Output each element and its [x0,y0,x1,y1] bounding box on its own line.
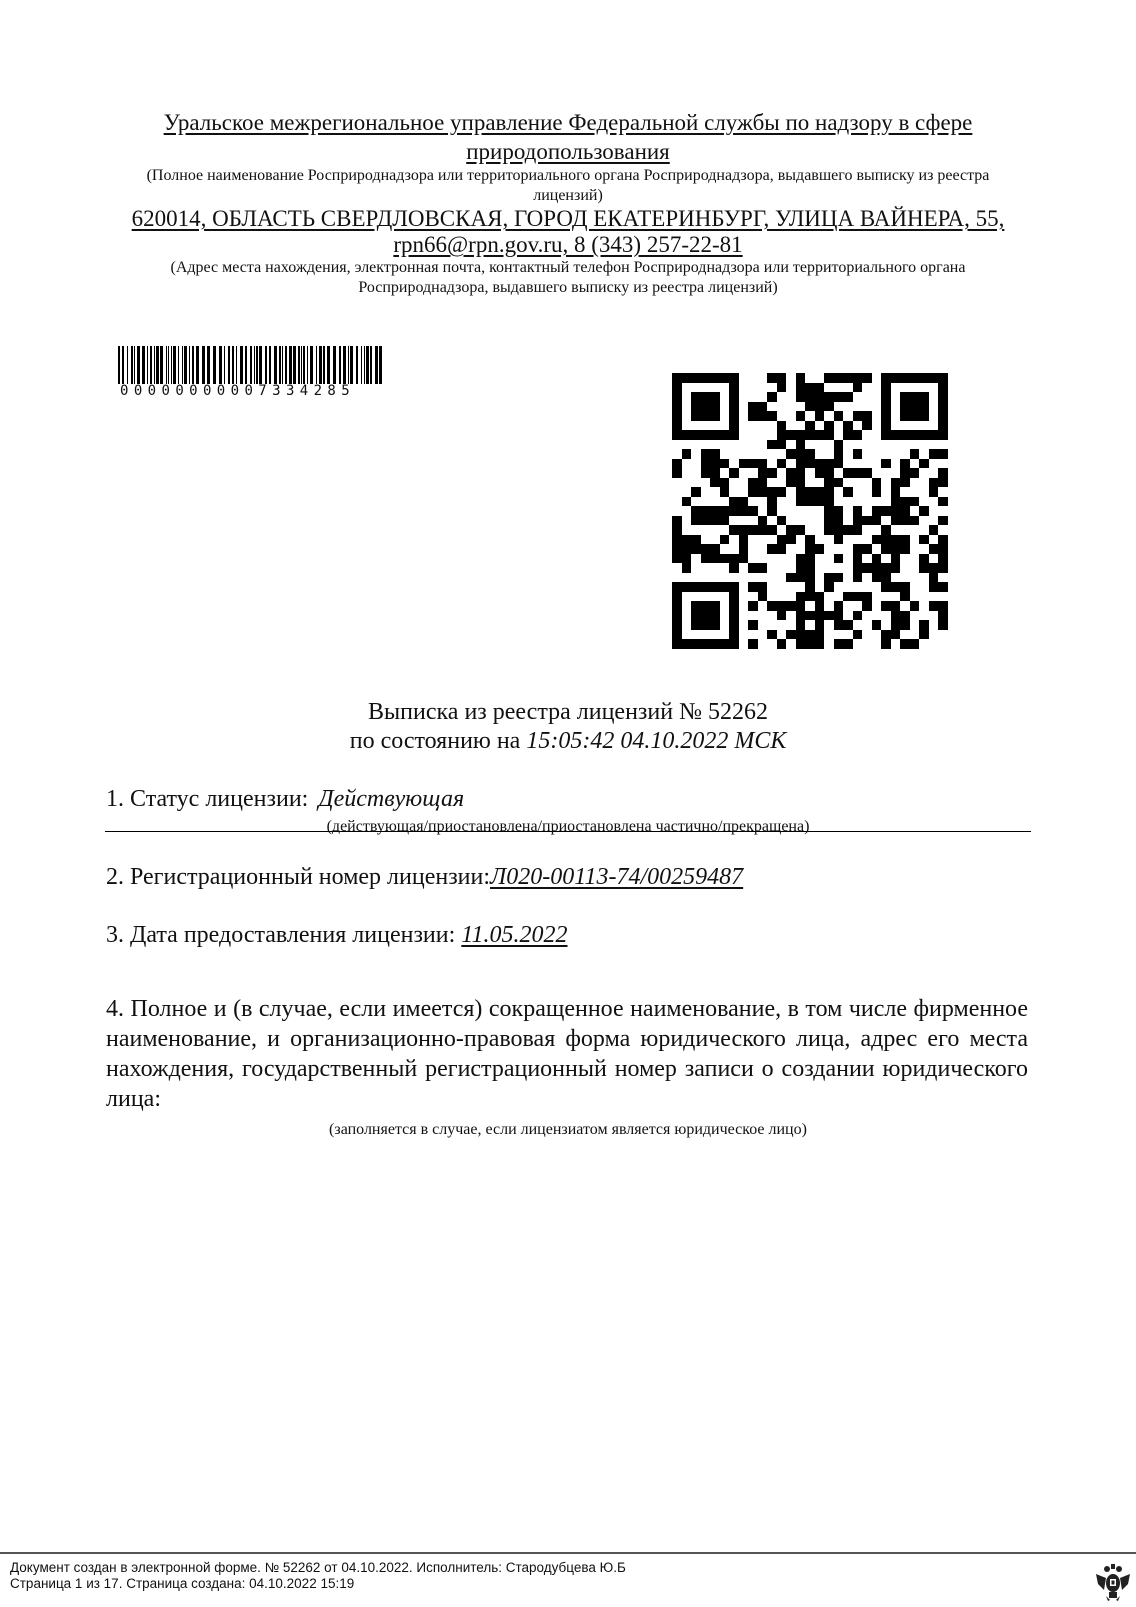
barcode-icon [118,346,384,384]
address-caption: (Адрес места нахождения, электронная поч… [110,258,1026,298]
date-value: 11.05.2022 [461,922,567,948]
as-of-prefix: по состоянию на [350,728,521,754]
footer-line-1: Документ создан в электронной форме. № 5… [10,1560,626,1576]
date-row: 3. Дата предоставления лицензии: 11.05.2… [106,920,568,950]
authority-name: Уральское межрегиональное управление Фед… [100,108,1036,166]
extract-title: Выписка из реестра лицензий № 52262 [200,697,936,727]
reg-number-value: Л020-00113-74/00259487 [490,864,743,890]
barcode-number: 00000000007334285 [120,383,384,399]
status-label: 1. Статус лицензии: [106,786,308,812]
reg-number-row: 2. Регистрационный номер лицензии:Л020-0… [106,862,743,892]
status-row: 1. Статус лицензии: Действующая [106,784,464,814]
legal-entity-paragraph: 4. Полное и (в случае, если имеется) сок… [106,994,1028,1114]
extract-as-of: по состоянию на 15:05:42 04.10.2022 МСК [200,726,936,756]
legal-entity-caption: (заполняется в случае, если лицензиатом … [105,1120,1031,1140]
footer: Документ создан в электронной форме. № 5… [10,1560,626,1592]
date-label: 3. Дата предоставления лицензии: [106,922,455,948]
address-line-2: rpn66@rpn.gov.ru, 8 (343) 257-22-81 [100,230,1036,259]
status-value: Действующая [318,786,464,812]
footer-line-2: Страница 1 из 17. Страница создана: 04.1… [10,1576,626,1592]
status-caption: (действующая/приостановлена/приостановле… [105,817,1031,837]
address-line-1: 620014, ОБЛАСТЬ СВЕРДЛОВСКАЯ, ГОРОД ЕКАТ… [100,204,1036,233]
qr-code-icon [672,373,948,649]
footer-divider [0,1552,1136,1554]
double-headed-eagle-icon [1094,1562,1132,1602]
as-of-value: 15:05:42 04.10.2022 МСК [526,728,786,754]
reg-number-label: 2. Регистрационный номер лицензии: [106,864,490,890]
authority-caption: (Полное наименование Росприроднадзора ил… [110,166,1026,206]
